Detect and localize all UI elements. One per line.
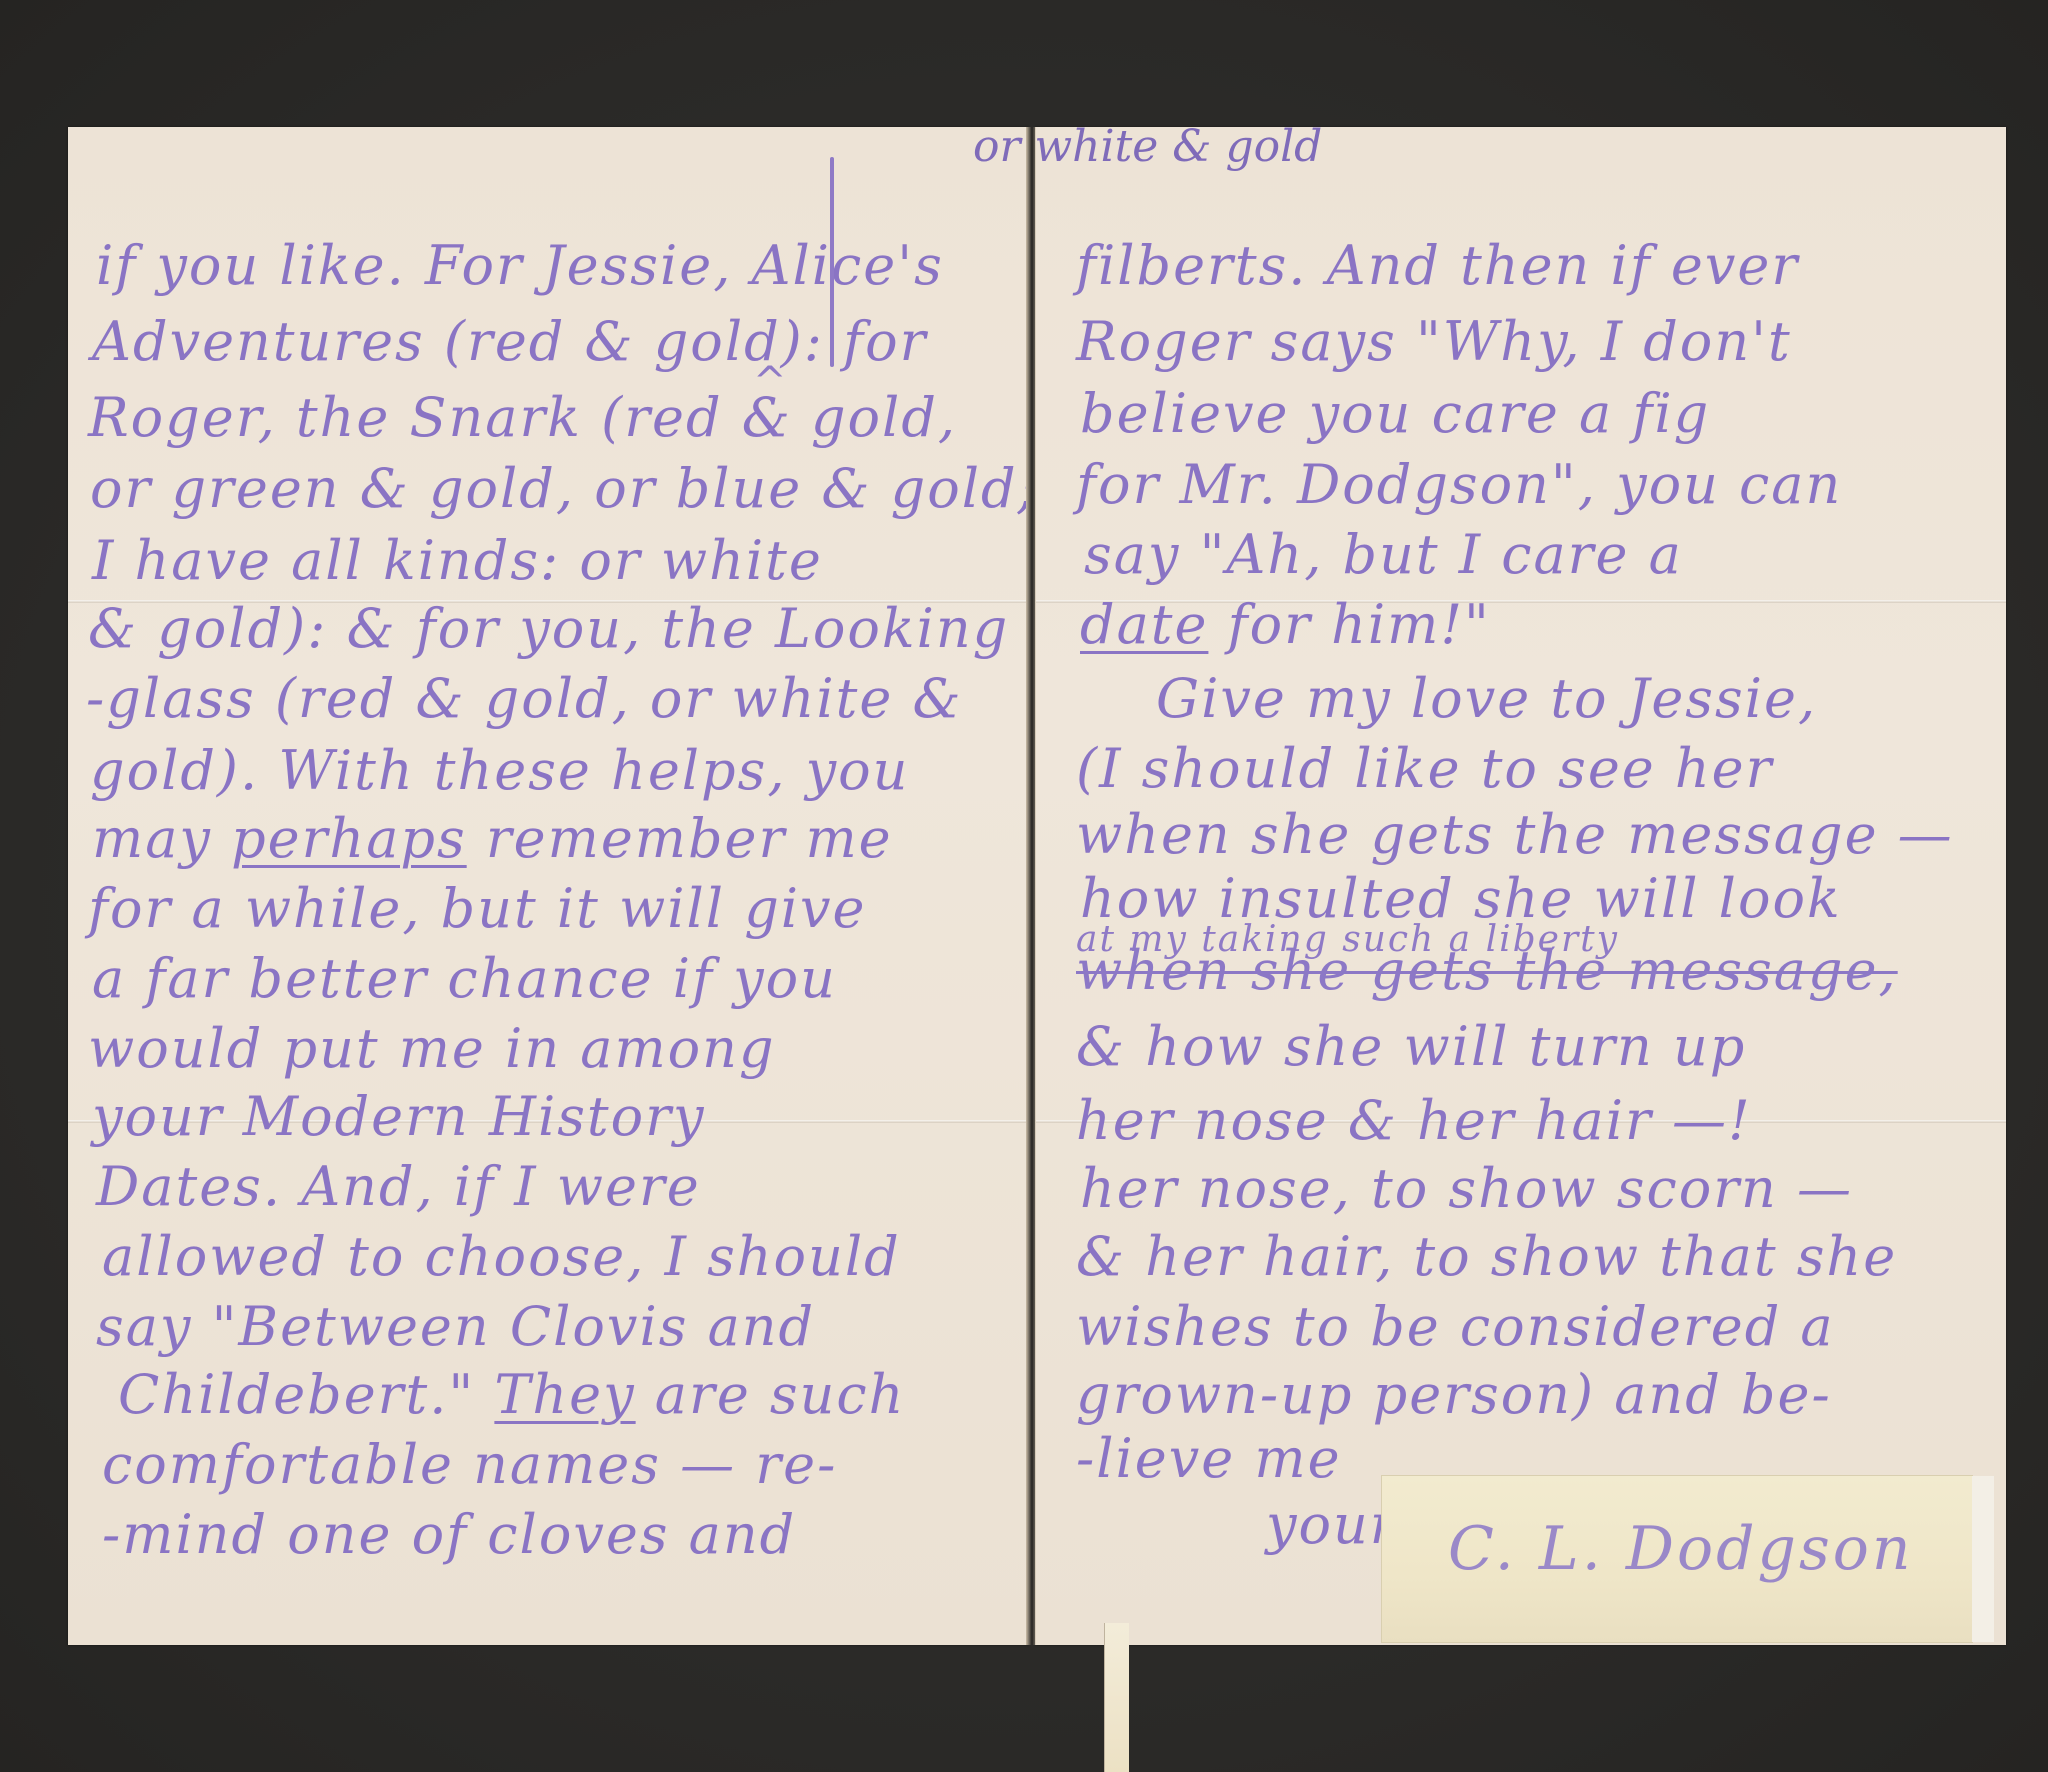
text-line: allowed to choose, I should: [102, 1225, 901, 1288]
text-line: when she gets the message —: [1076, 803, 1954, 866]
word: remember me: [467, 807, 893, 870]
signature-patch: C. L. Dodgson: [1381, 1475, 1973, 1643]
text-line: filberts. And then if ever: [1076, 234, 1799, 297]
text-line: may perhaps remember me: [92, 807, 893, 870]
text-line: say "Ah, but I care a: [1084, 523, 1683, 586]
text-line: & gold): & for you, the Looking: [88, 597, 1009, 660]
insertion-brace: [830, 157, 834, 367]
margin-note-insertion: or white & gold: [973, 121, 1322, 172]
word: may: [92, 807, 231, 870]
text-line: Give my love to Jessie,: [1156, 667, 1817, 730]
text-line: date for him!": [1080, 593, 1491, 656]
signature: C. L. Dodgson: [1448, 1514, 1914, 1584]
right-page: filberts. And then if ever Roger says "W…: [1035, 127, 2006, 1645]
text-line: gold). With these helps, you: [90, 739, 909, 802]
underlined-word: perhaps: [231, 807, 467, 870]
text-line: for a while, but it will give: [88, 877, 867, 940]
repaired-tear: [1104, 1623, 1129, 1772]
text-line: a far better chance if you: [92, 947, 837, 1010]
word: Childebert.": [118, 1363, 494, 1426]
text-line: her nose & her hair —!: [1076, 1089, 1752, 1152]
word: for him!": [1208, 593, 1490, 656]
text-line: -lieve me: [1076, 1427, 1342, 1490]
text-line: would put me in among: [88, 1017, 776, 1080]
patch-edge: [1972, 1476, 1994, 1642]
text-line: her nose, to show scorn —: [1080, 1157, 1853, 1220]
text-line: & how she will turn up: [1076, 1015, 1746, 1078]
text-line: Roger says "Why, I don't: [1076, 310, 1792, 373]
underlined-word: date: [1080, 593, 1208, 656]
text-line: your Modern History: [92, 1085, 705, 1148]
text-line: -mind one of cloves and: [102, 1503, 796, 1566]
text-line: for Mr. Dodgson", you can: [1076, 453, 1842, 516]
underlined-word: They: [494, 1363, 635, 1426]
text-line: Roger, the Snark (red & gold,: [88, 386, 957, 449]
text-line: comfortable names — re-: [102, 1433, 837, 1496]
text-line: Adventures (red & gold): for: [92, 310, 927, 373]
text-line: or green & gold, or blue & gold;: [90, 457, 1038, 520]
word: are such: [636, 1363, 906, 1426]
letter-sheet: if you like. For Jessie, Alice's Adventu…: [68, 127, 2005, 1645]
text-line: & her hair, to show that she: [1076, 1225, 1897, 1288]
text-line: believe you care a fig: [1080, 382, 1710, 445]
struck-through-line: when she gets the message,: [1076, 939, 1898, 1002]
text-line: Childebert." They are such: [118, 1363, 905, 1426]
text-line: -glass (red & gold, or white &: [86, 667, 963, 730]
text-line: (I should like to see her: [1076, 737, 1773, 800]
insertion-caret: ^: [753, 359, 787, 405]
text-line: I have all kinds: or white: [92, 529, 823, 592]
text-line: grown-up person) and be-: [1076, 1363, 1832, 1426]
text-line: Dates. And, if I were: [96, 1155, 701, 1218]
text-line: if you like. For Jessie, Alice's: [96, 234, 944, 297]
text-line: wishes to be considered a: [1076, 1295, 1835, 1358]
text-line: say "Between Clovis and: [96, 1295, 815, 1358]
left-page: if you like. For Jessie, Alice's Adventu…: [68, 127, 1029, 1645]
